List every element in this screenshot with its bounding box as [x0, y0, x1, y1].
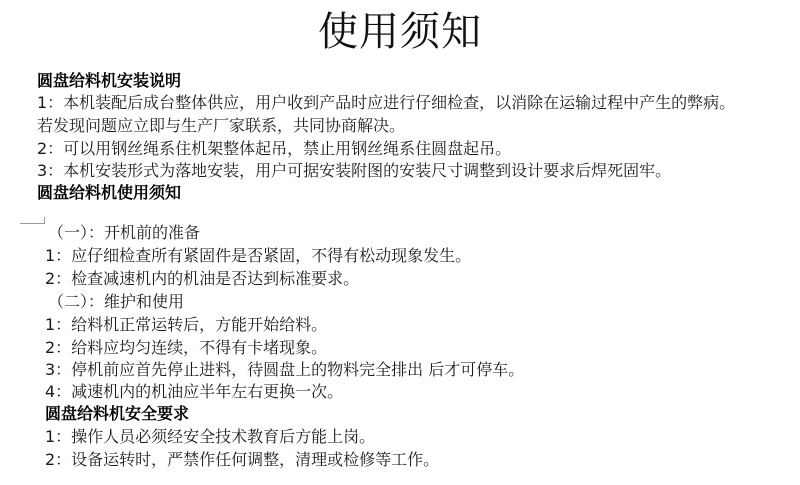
corner-mark [20, 217, 45, 224]
usage-section2-line-3: 3：停机前应首先停止进料，待圆盘上的物料完全排出 后才可停车。 [45, 359, 524, 381]
usage-section1-line-1: 1：应仔细检查所有紧固件是否紧固，不得有松动现象发生。 [45, 245, 471, 267]
usage-section1-line-2: 2：检查减速机内的机油是否达到标准要求。 [45, 268, 359, 290]
safety-heading: 圆盘给料机安全要求 [45, 403, 189, 425]
safety-line-1: 1：操作人员必须经安全技术教育后方能上岗。 [45, 426, 375, 448]
usage-section1-label: （一）：开机前的准备 [48, 222, 200, 244]
usage-section2-line-1: 1：给料机正常运转后，方能开始给料。 [45, 314, 327, 336]
safety-line-2: 2：设备运转时，严禁作任何调整，清理或检修等工作。 [45, 449, 439, 471]
installation-line-2: 2：可以用钢丝绳系住机架整体起吊，禁止用钢丝绳系住圆盘起吊。 [37, 138, 511, 160]
usage-heading: 圆盘给料机使用须知 [37, 182, 181, 204]
installation-line-3: 3：本机安装形式为落地安装，用户可据安装附图的安装尺寸调整到设计要求后焊死固牢。 [37, 160, 671, 182]
page-title: 使用须知 [0, 8, 800, 56]
installation-heading: 圆盘给料机安装说明 [37, 70, 181, 92]
usage-section2-label: （二）：维护和使用 [48, 291, 184, 313]
usage-section2-line-2: 2：给料应均匀连续，不得有卡堵现象。 [45, 337, 327, 359]
installation-line-1: 1：本机装配后成台整体供应，用户收到产品时应进行仔细检查，以消除在运输过程中产生… [37, 92, 735, 114]
installation-line-1-cont: 若发现问题应立即与生产厂家联系，共同协商解决。 [37, 115, 405, 137]
usage-section2-line-4: 4：减速机内的机油应半年左右更换一次。 [45, 381, 343, 403]
